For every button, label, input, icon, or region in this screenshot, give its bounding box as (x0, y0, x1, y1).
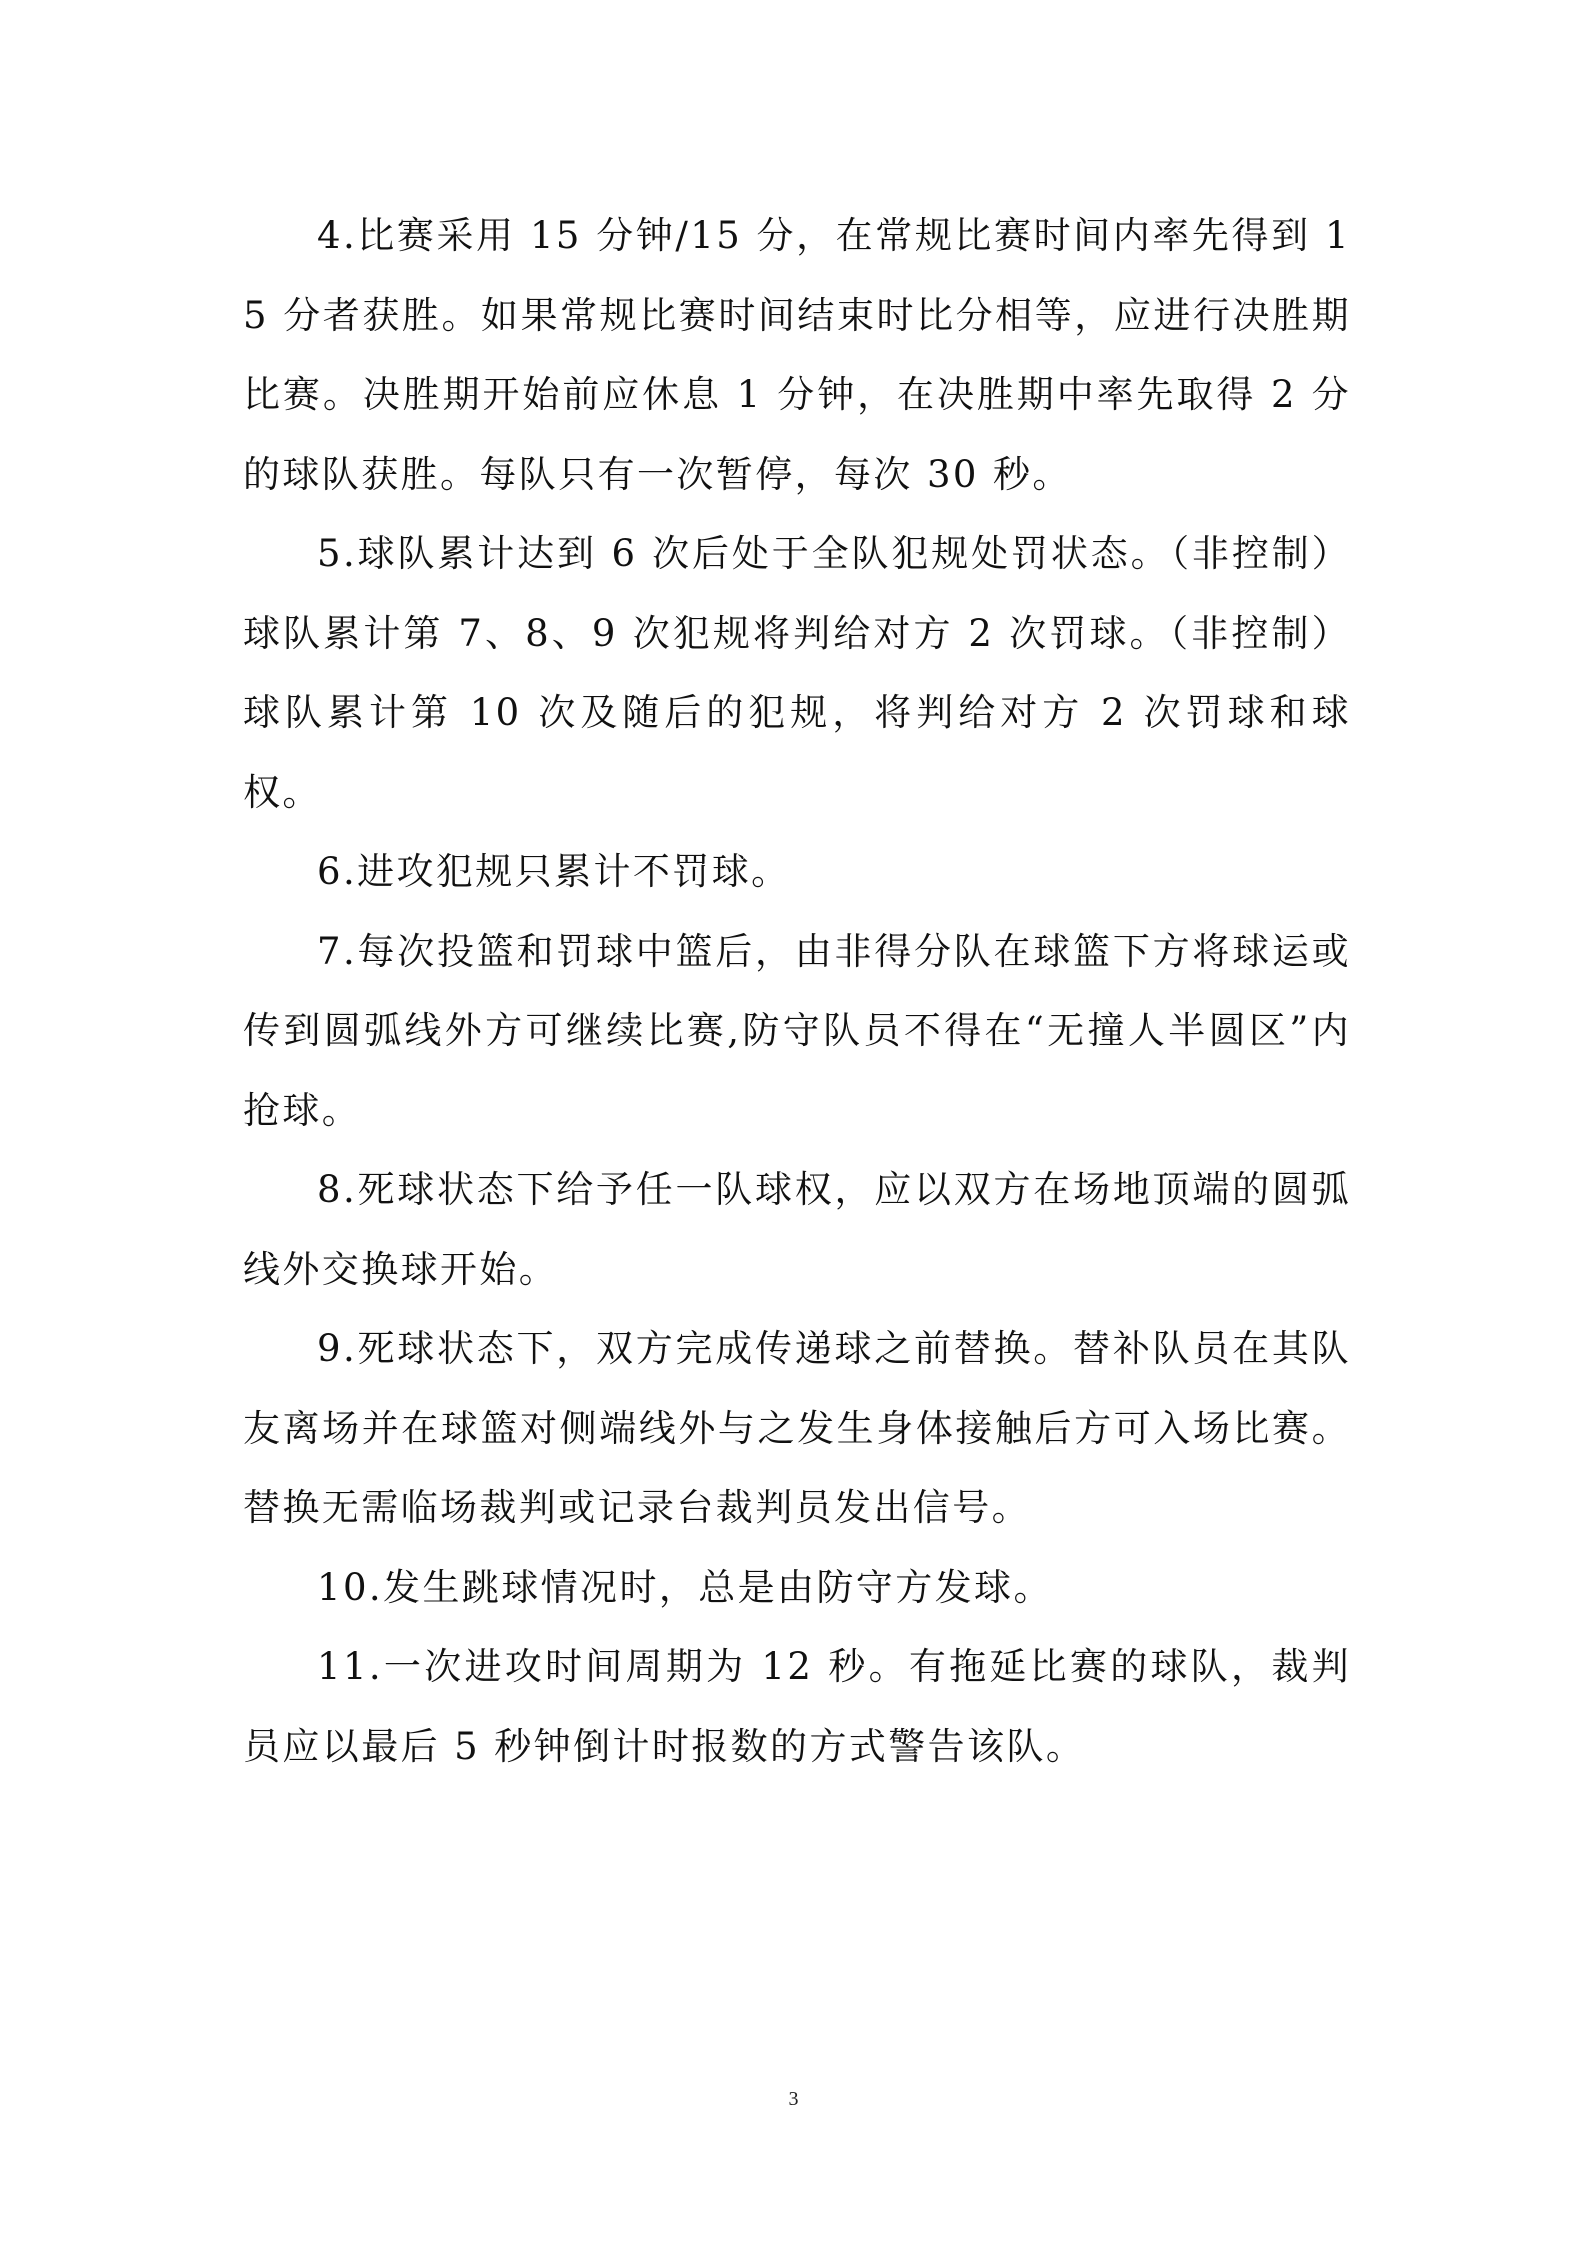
rule-paragraph-6: 6.进攻犯规只累计不罚球。 (243, 832, 1351, 912)
rule-paragraph-9: 9.死球状态下，双方完成传递球之前替换。替补队员在其队友离场并在球篮对侧端线外与… (243, 1309, 1351, 1548)
document-page: 4.比赛采用 15 分钟/15 分，在常规比赛时间内率先得到 15 分者获胜。如… (0, 0, 1587, 2245)
rule-paragraph-5: 5.球队累计达到 6 次后处于全队犯规处罚状态。（非控制）球队累计第 7、8、9… (243, 514, 1351, 832)
rule-paragraph-8: 8.死球状态下给予任一队球权，应以双方在场地顶端的圆弧线外交换球开始。 (243, 1150, 1351, 1309)
document-body: 4.比赛采用 15 分钟/15 分，在常规比赛时间内率先得到 15 分者获胜。如… (243, 196, 1351, 1786)
rule-paragraph-10: 10.发生跳球情况时，总是由防守方发球。 (243, 1548, 1351, 1628)
rule-paragraph-11: 11.一次进攻时间周期为 12 秒。有拖延比赛的球队，裁判员应以最后 5 秒钟倒… (243, 1627, 1351, 1786)
page-number: 3 (0, 2088, 1587, 2111)
rule-paragraph-7: 7.每次投篮和罚球中篮后，由非得分队在球篮下方将球运或传到圆弧线外方可继续比赛,… (243, 912, 1351, 1151)
rule-paragraph-4: 4.比赛采用 15 分钟/15 分，在常规比赛时间内率先得到 15 分者获胜。如… (243, 196, 1351, 514)
